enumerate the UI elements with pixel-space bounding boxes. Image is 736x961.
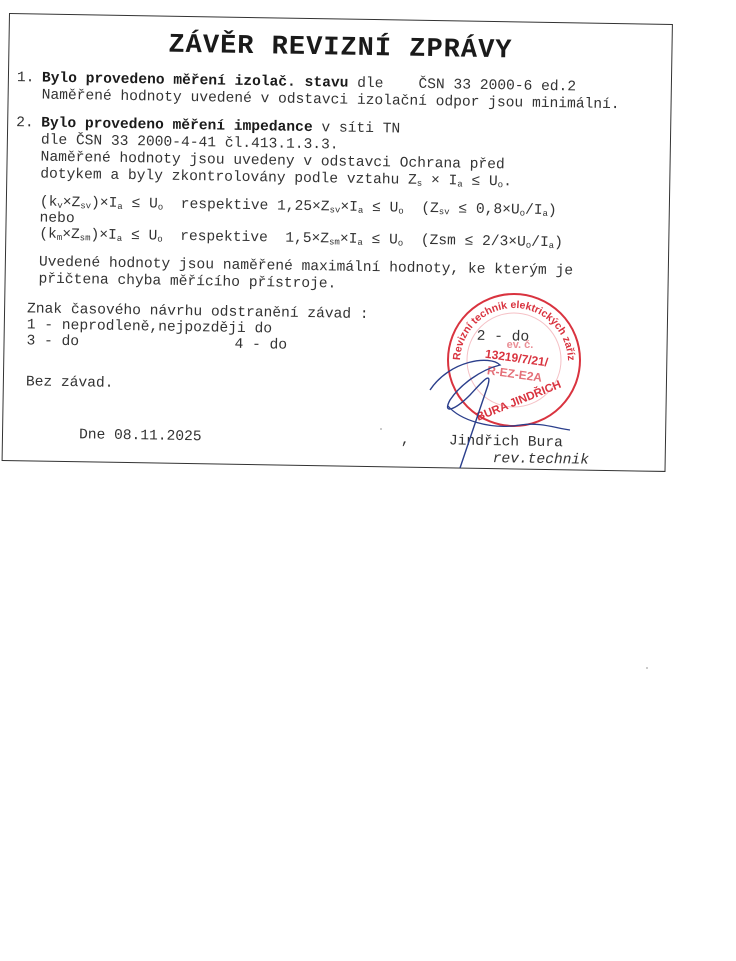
f: respektive 1,25×Z (163, 197, 330, 216)
sub: sm (80, 233, 91, 243)
signature-stroke-2 (448, 406, 570, 430)
relation-text: × I (422, 173, 457, 190)
date: Dne 08.11.2025 (79, 427, 202, 446)
f: (k (40, 195, 58, 211)
f: ≤ U (122, 228, 157, 245)
f: ×Z (63, 195, 81, 211)
f: /I (531, 235, 549, 251)
sub: sv (439, 207, 450, 217)
formula-1: (kv×Zsv)×Ia ≤ Uo respektive 1,25×Zsv×Ia … (40, 195, 557, 224)
f: ) (548, 203, 557, 219)
signature-stroke-1 (430, 360, 500, 468)
relation-text: ≤ U (463, 174, 498, 191)
scan-speck (380, 428, 382, 430)
f: ×I (340, 200, 358, 216)
f: /I (525, 203, 543, 219)
f: ≤ U (363, 232, 398, 249)
sub: sv (329, 205, 340, 215)
sub: sv (80, 201, 91, 211)
section-2-number: 2. (16, 115, 34, 132)
section-1-number: 1. (17, 70, 35, 87)
f: (Zsm ≤ 2/3×U (403, 233, 526, 251)
f: respektive 1,5×Z (163, 229, 330, 248)
defect-code-3: 3 - do (26, 333, 79, 351)
f: ×I (340, 232, 358, 248)
f: (Z (404, 201, 439, 218)
defect-code-4: 4 - do (234, 337, 287, 355)
document-title: ZÁVĚR REVIZNÍ ZPRÁVY (9, 28, 671, 69)
f: ×Z (62, 227, 80, 243)
f: ≤ U (363, 200, 398, 217)
formula-2: (km×Zsm)×Ia ≤ Uo respektive 1,5×Zsm×Ia ≤… (39, 227, 563, 256)
f: ) (554, 235, 563, 251)
f: ≤ 0,8×U (449, 201, 519, 218)
f: )×I (91, 195, 118, 211)
place-comma: , (401, 433, 410, 450)
f: (k (39, 227, 57, 243)
scan-speck (646, 667, 648, 669)
relation-text: . (503, 174, 512, 190)
section-2-network: v síti TN (313, 120, 401, 137)
sub: sm (329, 237, 340, 247)
f: )×I (90, 227, 117, 243)
or-label: nebo (39, 211, 74, 229)
f: ≤ U (123, 196, 158, 213)
handwritten-signature (420, 330, 580, 470)
defects-result: Bez závad. (26, 374, 114, 392)
note-line-2: přičtena chyba měřícího přístroje. (38, 272, 336, 294)
